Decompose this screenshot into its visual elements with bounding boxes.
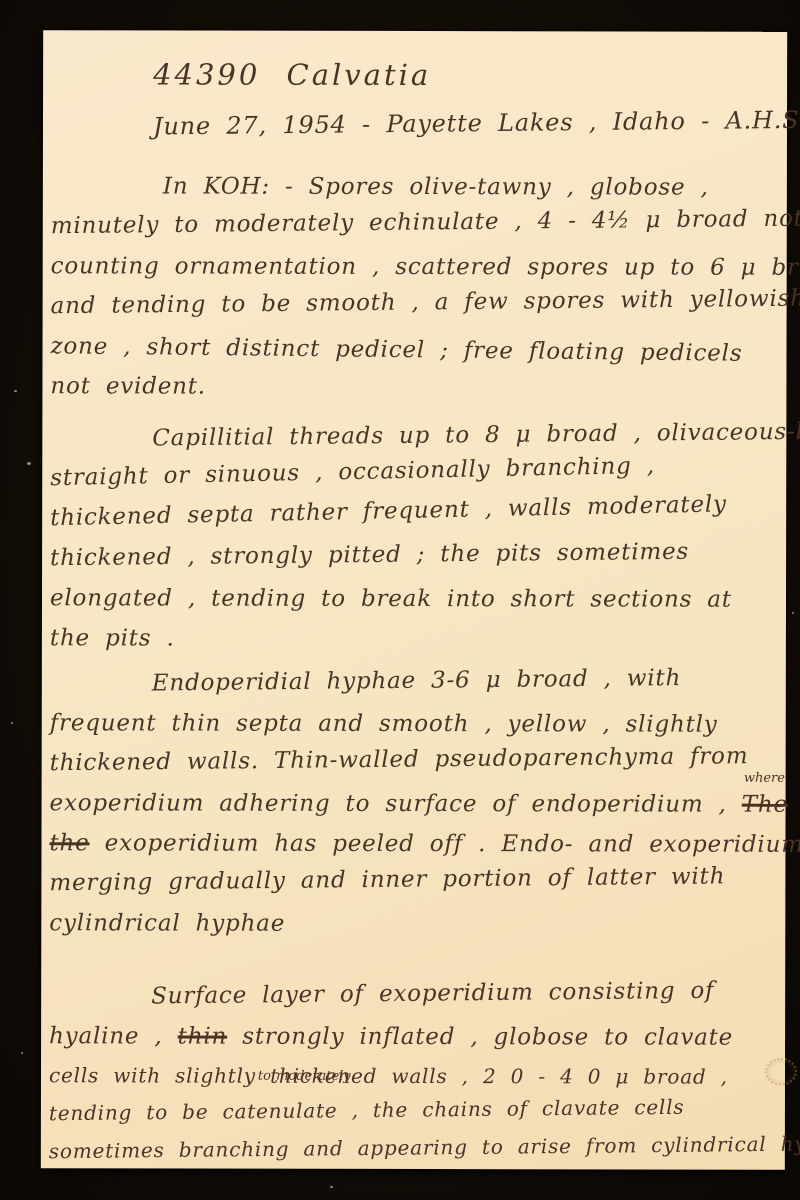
- inserted-word: to moderately: [258, 1070, 351, 1083]
- note-card: 44390 Calvatia June 27, 1954 - Payette L…: [41, 30, 787, 1170]
- inserted-word: where: [744, 772, 785, 785]
- date-location-text: June 27, 1954 - Payette Lakes , Idaho - …: [153, 106, 800, 141]
- specimen-title-text: 44390 Calvatia: [153, 57, 431, 92]
- lint-speck: [21, 1052, 23, 1054]
- date-location-block: June 27, 1954 - Payette Lakes , Idaho - …: [51, 106, 783, 148]
- paragraph-koh: In KOH: - Spores olive-tawny , globose ,…: [50, 166, 783, 408]
- specimen-number-title: 44390 Calvatia: [153, 52, 783, 97]
- handwritten-line: Surface layer of exoperidium consisting …: [151, 970, 781, 1016]
- lint-speck: [11, 722, 13, 724]
- handwritten-line: exoperidium adhering to surface of endop…: [50, 783, 782, 825]
- handwritten-line: minutely to moderately echinulate , 4 - …: [51, 199, 783, 246]
- strikethrough-word: thin: [178, 1024, 227, 1050]
- date-location-line: June 27, 1954 - Payette Lakes , Idaho - …: [153, 100, 783, 146]
- strikethrough-word: the: [49, 830, 89, 856]
- handwritten-line: Endoperidial hyphae 3-6 μ broad , with: [152, 657, 782, 703]
- handwritten-line: sometimes branching and appearing to ari…: [49, 1125, 781, 1170]
- paragraph-capillitium: Capillitial threads up to 8 μ broad , ol…: [50, 418, 783, 660]
- correction: Thewhere: [742, 785, 788, 825]
- paragraph-exoperidium: Surface layer of exoperidium consisting …: [49, 976, 781, 1172]
- embossed-stamp: [765, 1058, 797, 1086]
- lint-speck: [330, 1186, 333, 1188]
- handwritten-line: elongated , tending to break into short …: [50, 578, 782, 620]
- note-card-sheet: 44390 Calvatia June 27, 1954 - Payette L…: [49, 30, 783, 1170]
- strikethrough-word: The: [742, 792, 788, 818]
- handwritten-line: hyaline , thin strongly inflated , globo…: [49, 1016, 781, 1058]
- paragraph-endoperidium: Endoperidial hyphae 3-6 μ broad , with f…: [49, 663, 782, 945]
- handwritten-line: cylindrical hyphae: [49, 903, 781, 945]
- handwritten-line: merging gradually and inner portion of l…: [49, 856, 781, 903]
- handwritten-line: the pits .: [50, 618, 782, 660]
- handwritten-line: not evident.: [50, 366, 782, 408]
- photo-background: { "colors": { "background": "#120d07", "…: [0, 0, 800, 1200]
- lint-speck: [14, 390, 17, 392]
- lint-speck: [27, 462, 31, 465]
- lint-speck: [792, 612, 794, 614]
- handwritten-line: and tending to be smooth , a few spores …: [50, 279, 782, 326]
- header-block: 44390 Calvatia: [51, 30, 783, 98]
- handwritten-line: thickened , strongly pitted ; the pits s…: [50, 531, 782, 578]
- handwritten-line: thickened walls. Thin-walled pseudoparen…: [49, 736, 781, 783]
